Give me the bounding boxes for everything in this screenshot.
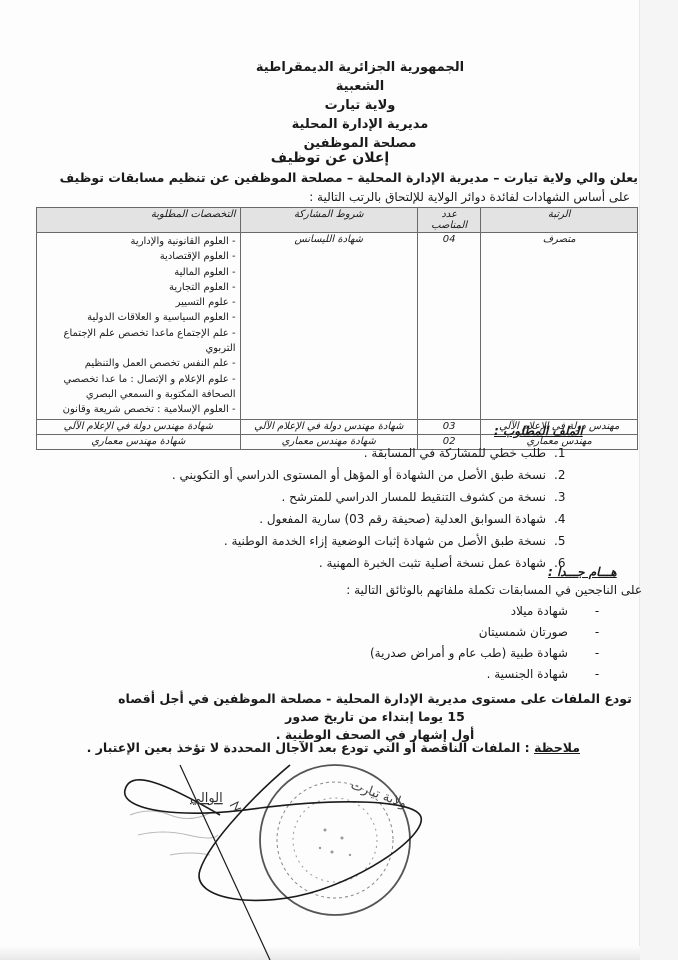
specialty-item: العلوم الإسلامية : تخصص شريعة وقانون xyxy=(41,402,236,417)
important-heading: هـــام جـــدا : xyxy=(548,565,617,579)
cell-specialties: العلوم القانونية والإدارية العلوم الإقتص… xyxy=(37,233,241,420)
specialty-item: العلوم السياسية و العلاقات الدولية xyxy=(41,310,236,325)
cell-count: 03 xyxy=(417,419,480,434)
specialty-item: العلوم القانونية والإدارية xyxy=(41,234,236,249)
required-file-heading: الملف المطلوب : xyxy=(494,424,583,438)
cell-rank: متصرف xyxy=(481,233,638,420)
cell-conditions: شهادة الليسانس xyxy=(240,233,417,420)
additional-document-item: -صورتان شمسيتان xyxy=(300,622,608,643)
letterhead-republic: الجمهورية الجزائرية الديمقراطية الشعبية xyxy=(230,58,490,96)
additional-document-item: -شهادة ميلاد xyxy=(300,601,608,622)
specialty-item: علم النفس تخصص العمل والتنظيم xyxy=(41,356,236,371)
important-text: على الناجحين في المسابقات تكملة ملفاتهم … xyxy=(300,583,642,597)
document-item: 6.شهادة عمل نسخة أصلية تثبت الخبرة المهن… xyxy=(160,552,574,574)
cell-count: 04 xyxy=(417,233,480,420)
svg-text:ولاية تيارت: ولاية تيارت xyxy=(349,778,409,812)
specialty-item-continuation: التربوي xyxy=(41,341,236,356)
required-documents-list: 1.طلب خطي للمشاركة في المسابقة . 2.نسخة … xyxy=(160,442,574,574)
cell-conditions: شهادة مهندس دولة في الإعلام الآلي xyxy=(240,419,417,434)
specialty-item: العلوم الإقتصادية xyxy=(41,249,236,264)
specialty-item-continuation: الصحافة المكتوبة و السمعي البصري xyxy=(41,387,236,402)
additional-document-item: -شهادة طبية (طب عام و أمراض صدرية) xyxy=(300,643,608,664)
svg-text:الوالي: الوالي xyxy=(190,791,223,806)
header-rank: الرتبة xyxy=(481,208,638,233)
specialties-list: العلوم القانونية والإدارية العلوم الإقتص… xyxy=(41,234,236,418)
note-label: ملاحظة xyxy=(534,740,580,755)
intro-line-2: على أساس الشهادات لفائدة دوائر الولاية ل… xyxy=(260,190,630,204)
additional-document-item: -شهادة الجنسية . xyxy=(300,664,608,685)
deposit-line-1: تودع الملفات على مستوى مديرية الإدارة ال… xyxy=(110,690,640,726)
note: ملاحظة : الملفات الناقصة أو التي تودع بع… xyxy=(160,740,580,755)
note-text: : الملفات الناقصة أو التي تودع بعد الآجا… xyxy=(87,740,534,755)
specialty-item: علوم الإعلام و الإتصال : ما عدا تخصصي xyxy=(41,372,236,387)
announcement-title: إعلان عن توظيف xyxy=(250,150,410,166)
intro-line-1: يعلن والي ولاية تيارت – مديرية الإدارة ا… xyxy=(60,170,638,185)
header-count: عدد المناصب xyxy=(417,208,480,233)
letterhead: الجمهورية الجزائرية الديمقراطية الشعبية … xyxy=(230,58,490,153)
positions-table: الرتبة عدد المناصب شروط المشاركة التخصصا… xyxy=(36,207,638,450)
letterhead-wilaya: ولاية تيارت xyxy=(230,96,490,115)
document-item: 2.نسخة طبق الأصل من الشهادة أو المؤهل أو… xyxy=(160,464,574,486)
document-item: 4.شهادة السوابق العدلية (صحيفة رقم 03) س… xyxy=(160,508,574,530)
specialty-item: علم الإجتماع ماعدا تخصص علم الإجتماع xyxy=(41,326,236,341)
header-specialties: التخصصات المطلوبة xyxy=(37,208,241,233)
signature-stamp-icon: ولاية تيارت الوالي xyxy=(120,760,450,960)
specialty-item: العلوم المالية xyxy=(41,265,236,280)
document-item: 1.طلب خطي للمشاركة في المسابقة . xyxy=(160,442,574,464)
specialty-item: العلوم التجارية xyxy=(41,280,236,295)
scanned-document: الجمهورية الجزائرية الديمقراطية الشعبية … xyxy=(0,0,678,960)
specialty-item: علوم التسيير xyxy=(41,295,236,310)
letterhead-directorate: مديرية الإدارة المحلية xyxy=(230,115,490,134)
header-conditions: شروط المشاركة xyxy=(240,208,417,233)
document-item: 5.نسخة طبق الأصل من شهادة إثبات الوضعية … xyxy=(160,530,574,552)
table-header-row: الرتبة عدد المناصب شروط المشاركة التخصصا… xyxy=(37,208,638,233)
page-edge xyxy=(639,0,678,960)
table-row: متصرف 04 شهادة الليسانس العلوم القانونية… xyxy=(37,233,638,420)
document-item: 3.نسخة من كشوف التنقيط للمسار الدراسي لل… xyxy=(160,486,574,508)
cell-specialties: شهادة مهندس دولة في الإعلام الآلي xyxy=(37,419,241,434)
additional-documents-list: -شهادة ميلاد -صورتان شمسيتان -شهادة طبية… xyxy=(300,601,608,685)
signature-and-stamp: ولاية تيارت الوالي xyxy=(120,760,450,960)
deposit-instructions: تودع الملفات على مستوى مديرية الإدارة ال… xyxy=(110,690,640,744)
